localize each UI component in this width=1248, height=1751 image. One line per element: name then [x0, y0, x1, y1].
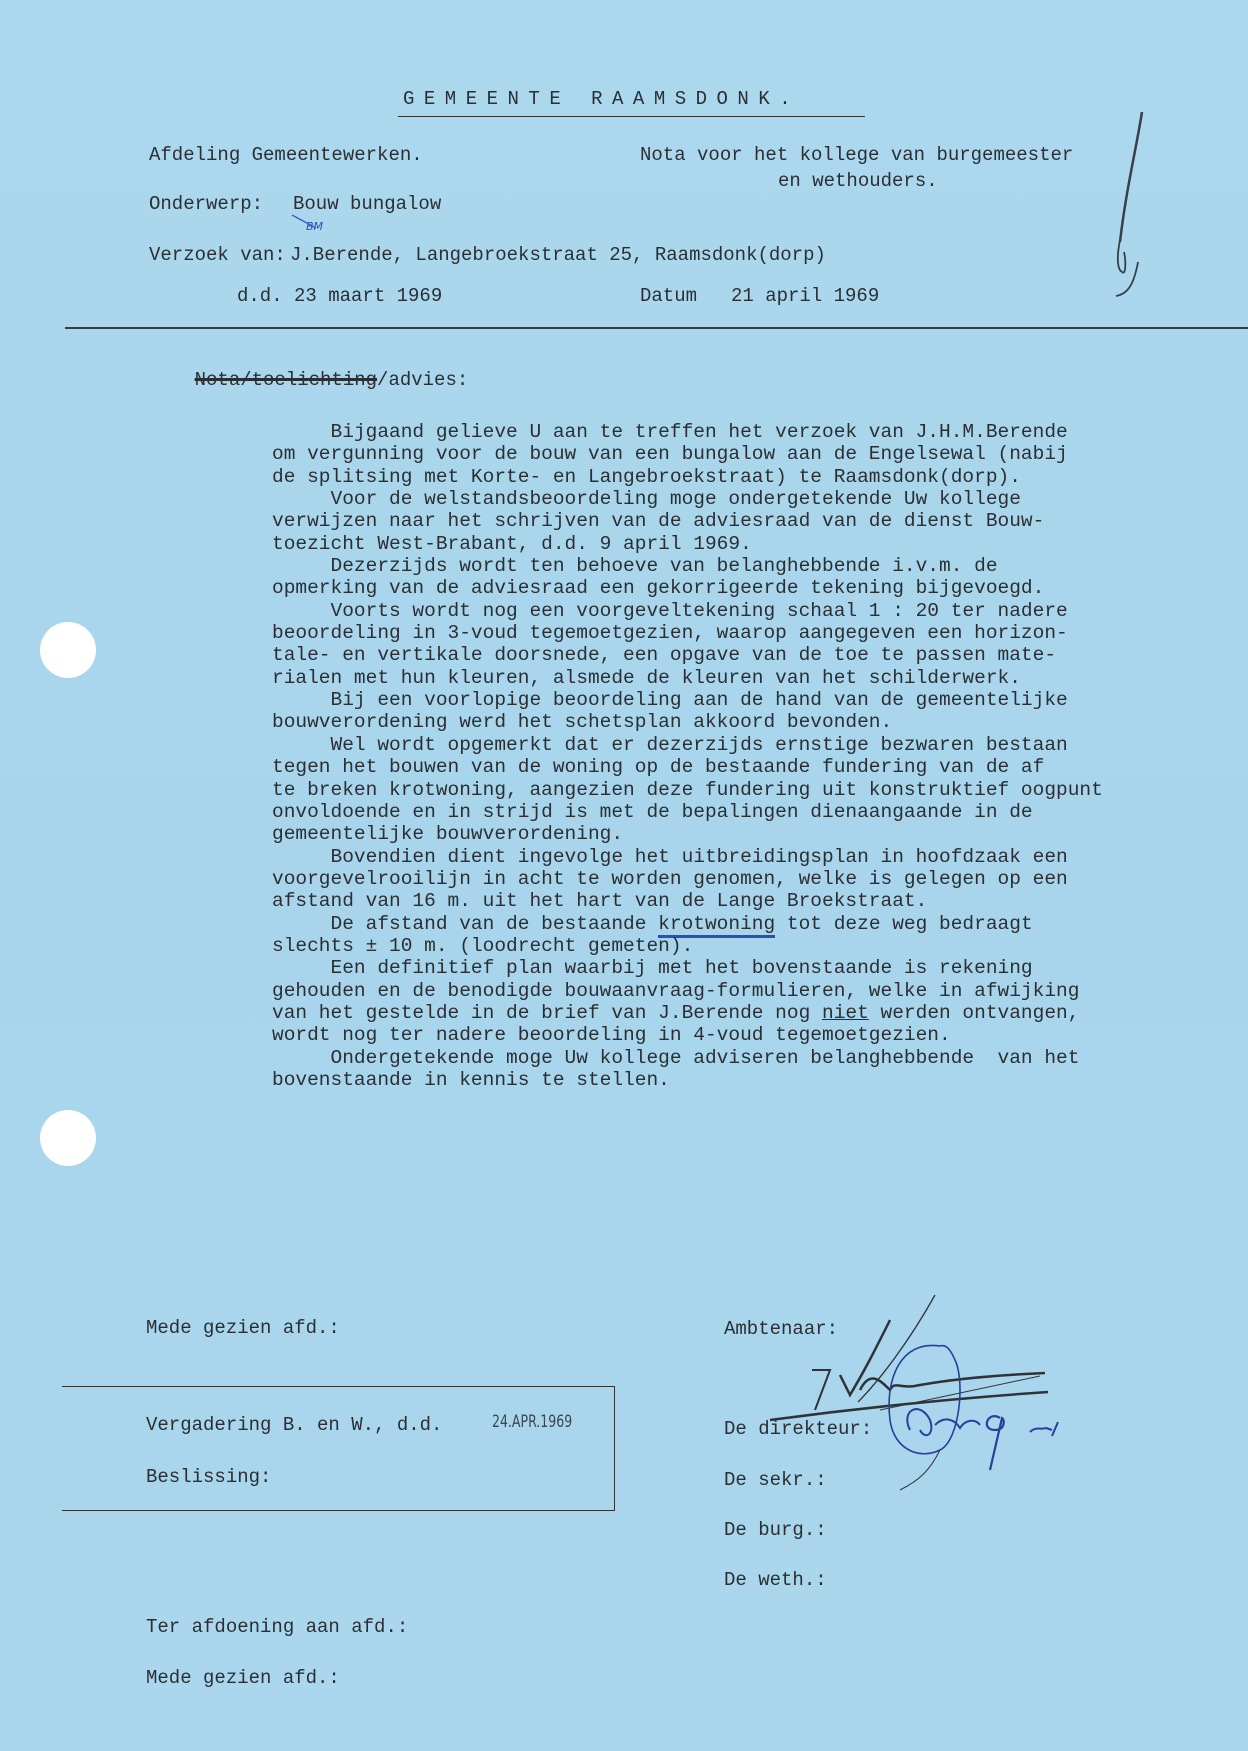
body-line: bouwverordening werd het schetsplan akko…	[272, 711, 1152, 733]
body-line: beoordeling in 3-voud tegemoetgezien, wa…	[272, 622, 1152, 644]
body-text-segment: opmerking van de adviesraad een gekorrig…	[272, 577, 1044, 599]
date-value: 21 april 1969	[731, 285, 879, 307]
beslissing-label: Beslissing:	[146, 1466, 271, 1488]
body-line: toezicht West-Brabant, d.d. 9 april 1969…	[272, 533, 1152, 555]
body-text-segment: bovenstaande in kennis te stellen.	[272, 1069, 670, 1091]
department: Afdeling Gemeentewerken.	[149, 144, 423, 166]
body-line: Voor de welstandsbeoordeling moge onderg…	[272, 488, 1152, 510]
underlined-niet: niet	[822, 1002, 869, 1024]
body-text-segment: Dezerzijds wordt ten behoeve van belangh…	[272, 555, 998, 577]
body-text-segment: beoordeling in 3-voud tegemoetgezien, wa…	[272, 622, 1068, 644]
body-text-segment: om vergunning voor de bouw van een bunga…	[272, 443, 1068, 465]
advies-label: /advies:	[377, 369, 468, 391]
body-line: wordt nog ter nadere beoordeling in 4-vo…	[272, 1024, 1152, 1046]
body-line: de splitsing met Korte- en Langebroekstr…	[272, 466, 1152, 488]
mede-gezien-bottom: Mede gezien afd.:	[146, 1667, 340, 1689]
punch-hole-bottom	[40, 1110, 96, 1166]
body-text-segment: de splitsing met Korte- en Langebroekstr…	[272, 466, 1021, 488]
body-text-segment: Voor de welstandsbeoordeling moge onderg…	[272, 488, 1021, 510]
body-text-segment: van het gestelde in de brief van J.Beren…	[272, 1002, 822, 1024]
body-line: Bij een voorlopige beoordeling aan de ha…	[272, 689, 1152, 711]
body-text-segment: Bovendien dient ingevolge het uitbreidin…	[272, 846, 1068, 868]
body-text-segment: wordt nog ter nadere beoordeling in 4-vo…	[272, 1024, 951, 1046]
body-text-segment: te breken krotwoning, aangezien deze fun…	[272, 779, 1103, 801]
nota-line-2: en wethouders.	[778, 170, 938, 192]
body-line: Wel wordt opgemerkt dat er dezerzijds er…	[272, 734, 1152, 756]
body-text-segment: toezicht West-Brabant, d.d. 9 april 1969…	[272, 533, 752, 555]
body-line: Voorts wordt nog een voorgeveltekening s…	[272, 600, 1152, 622]
body-text-segment: De afstand van de bestaande	[272, 913, 658, 935]
body-line: Bijgaand gelieve U aan te treffen het ve…	[272, 421, 1152, 443]
request-label: Verzoek van:	[149, 244, 286, 266]
body-text-segment: gehouden en de benodigde bouwaanvraag-fo…	[272, 980, 1079, 1002]
body-text-segment: afstand van 16 m. uit het hart van de La…	[272, 890, 927, 912]
body-line: tale- en vertikale doorsnede, een opgave…	[272, 644, 1152, 666]
body-text-segment: voorgevelrooilijn in acht te worden geno…	[272, 868, 1068, 890]
body-line: Dezerzijds wordt ten behoeve van belangh…	[272, 555, 1152, 577]
body-line: gehouden en de benodigde bouwaanvraag-fo…	[272, 980, 1152, 1002]
body-text-segment: rialen met hun kleuren, alsmede de kleur…	[272, 667, 1021, 689]
body-line: bovenstaande in kennis te stellen.	[272, 1069, 1152, 1091]
body-text-segment: werden ontvangen,	[869, 1002, 1080, 1024]
punch-hole-top	[40, 622, 96, 678]
body-line: afstand van 16 m. uit het hart van de La…	[272, 890, 1152, 912]
body-line: gemeentelijke bouwverordening.	[272, 823, 1152, 845]
mede-gezien-top: Mede gezien afd.:	[146, 1317, 340, 1339]
body-line: van het gestelde in de brief van J.Beren…	[272, 1002, 1152, 1024]
body-text-segment: verwijzen naar het schrijven van de advi…	[272, 510, 1044, 532]
blue-pen-stroke-icon	[290, 212, 320, 232]
body-text-segment: Bij een voorlopige beoordeling aan de ha…	[272, 689, 1068, 711]
body-line: onvoldoende en in strijd is met de bepal…	[272, 801, 1152, 823]
body-line: rialen met hun kleuren, alsmede de kleur…	[272, 667, 1152, 689]
body-line: slechts ± 10 m. (loodrecht gemeten).	[272, 935, 1152, 957]
body-text-segment: bouwverordening werd het schetsplan akko…	[272, 711, 892, 733]
date-label: Datum	[640, 285, 697, 307]
subject-label: Onderwerp:	[149, 193, 263, 215]
burg-label: De burg.:	[724, 1519, 827, 1541]
request-date: d.d. 23 maart 1969	[237, 285, 442, 307]
weth-label: De weth.:	[724, 1569, 827, 1591]
nota-line-1: Nota voor het kollege van burgemeester	[640, 144, 1073, 166]
vergadering-label: Vergadering B. en W., d.d.	[146, 1414, 442, 1436]
meeting-box	[62, 1386, 615, 1511]
body-line: Bovendien dient ingevolge het uitbreidin…	[272, 846, 1152, 868]
margin-handwriting-icon	[1100, 110, 1160, 310]
body-line: opmerking van de adviesraad een gekorrig…	[272, 577, 1152, 599]
page-title: GEMEENTE RAAMSDONK.	[403, 88, 800, 110]
body-line: Een definitief plan waarbij met het bove…	[272, 957, 1152, 979]
body-text-segment: onvoldoende en in strijd is met de bepal…	[272, 801, 1033, 823]
body-text-segment: Een definitief plan waarbij met het bove…	[272, 957, 1033, 979]
body-text-segment: Voorts wordt nog een voorgeveltekening s…	[272, 600, 1068, 622]
body-line: verwijzen naar het schrijven van de advi…	[272, 510, 1152, 532]
underlined-krotwoning: krotwoning	[658, 913, 775, 938]
body-text-segment: Wel wordt opgemerkt dat er dezerzijds er…	[272, 734, 1068, 756]
struck-label: Nota/toelichting	[195, 369, 377, 391]
body-text-segment: gemeentelijke bouwverordening.	[272, 823, 623, 845]
body-text-segment: Ondergetekende moge Uw kollege adviseren…	[272, 1047, 1079, 1069]
body-line: tegen het bouwen van de woning op de bes…	[272, 756, 1152, 778]
document-page: GEMEENTE RAAMSDONK. Afdeling Gemeentewer…	[0, 0, 1248, 1751]
body-line: om vergunning voor de bouw van een bunga…	[272, 443, 1152, 465]
ter-afdoening-label: Ter afdoening aan afd.:	[146, 1616, 408, 1638]
body-line: Ondergetekende moge Uw kollege adviseren…	[272, 1047, 1152, 1069]
title-underline	[398, 116, 865, 117]
body-text-segment: tale- en vertikale doorsnede, een opgave…	[272, 644, 1056, 666]
signature-direkteur-icon	[880, 1340, 1100, 1510]
body-line: te breken krotwoning, aangezien deze fun…	[272, 779, 1152, 801]
header-divider	[65, 327, 1248, 329]
body-text-segment: Bijgaand gelieve U aan te treffen het ve…	[272, 421, 1068, 443]
body-text: Bijgaand gelieve U aan te treffen het ve…	[272, 421, 1152, 1091]
body-line: voorgevelrooilijn in acht te worden geno…	[272, 868, 1152, 890]
section-label: Nota/toelichting/advies:	[149, 347, 468, 413]
body-line: De afstand van de bestaande krotwoning t…	[272, 913, 1152, 935]
body-text-segment: slechts ± 10 m. (loodrecht gemeten).	[272, 935, 693, 957]
body-text-segment: tegen het bouwen van de woning op de bes…	[272, 756, 1044, 778]
body-text-segment: tot deze weg bedraagt	[775, 913, 1032, 935]
date-stamp: 24.APR.1969	[492, 1412, 572, 1432]
sekr-label: De sekr.:	[724, 1469, 827, 1491]
request-value: J.Berende, Langebroekstraat 25, Raamsdon…	[290, 244, 826, 266]
